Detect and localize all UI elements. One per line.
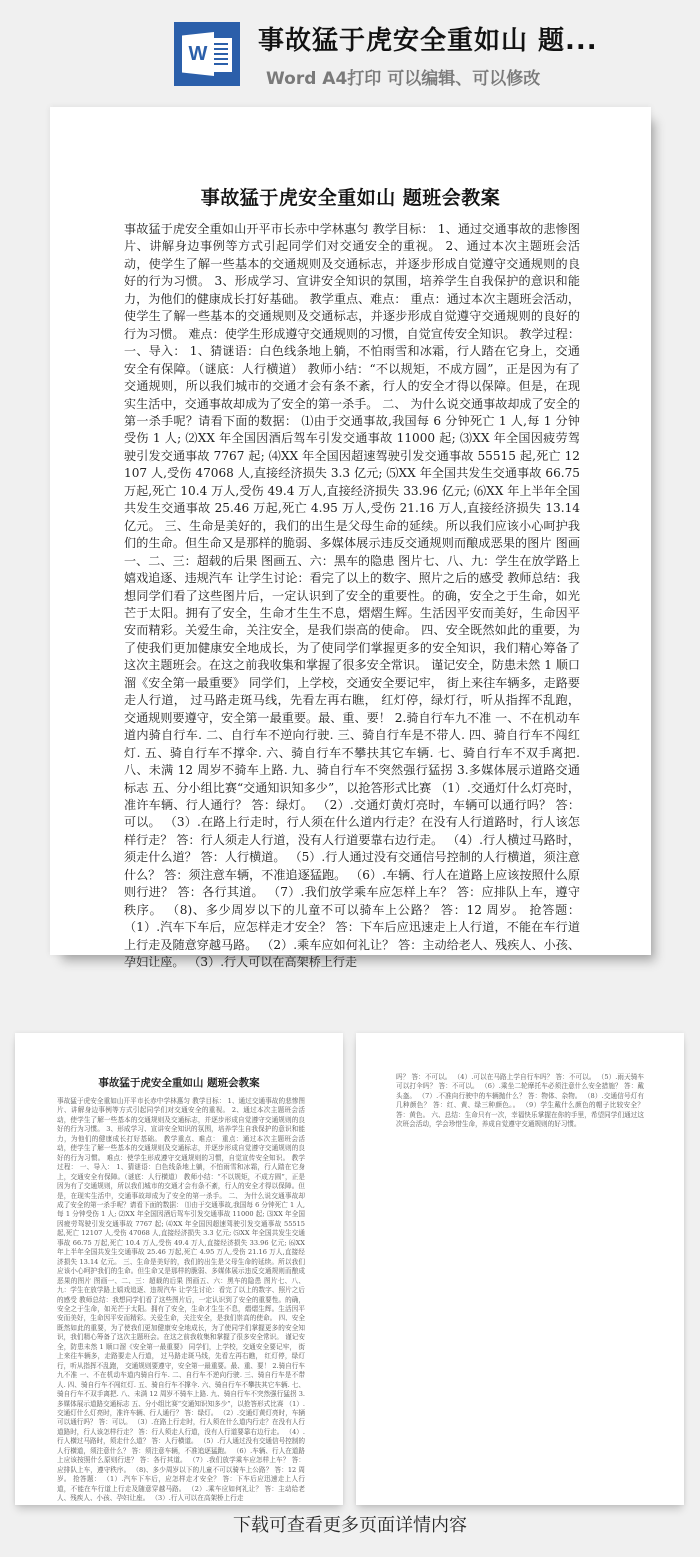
document-body: 事故猛于虎安全重如山开平市长赤中学林惠匀 教学目标： 1、通过交通事故的悲惨图片… <box>124 221 580 971</box>
document-title: 事故猛于虎安全重如山 题班会教案 <box>50 183 651 210</box>
thumbnail-title: 事故猛于虎安全重如山 题班会教案 <box>15 1075 343 1090</box>
page-subtitle: Word A4打印 可以编辑、可以修改 <box>266 64 540 89</box>
word-letter-w: W <box>185 43 211 66</box>
header: W 事故猛于虎安全重如山 题... Word A4打印 可以编辑、可以修改 <box>0 0 700 100</box>
thumbnail-body: 事故猛于虎安全重如山开平市长赤中学林惠匀 教学目标： 1、通过交通事故的悲惨图片… <box>57 1097 305 1503</box>
word-doc-icon: W <box>174 22 240 86</box>
document-page-preview[interactable]: 事故猛于虎安全重如山 题班会教案 事故猛于虎安全重如山开平市长赤中学林惠匀 教学… <box>50 107 651 955</box>
download-more-link[interactable]: 下载可查看更多页面详情内容 <box>0 1511 700 1537</box>
page-title: 事故猛于虎安全重如山 题... <box>258 20 598 57</box>
page-thumbnail-1[interactable]: 事故猛于虎安全重如山 题班会教案 事故猛于虎安全重如山开平市长赤中学林惠匀 教学… <box>15 1033 343 1505</box>
thumbnail-body: 吗？ 答：不可以。 （4）.可以在马路上学自行车吗？ 答：不可以。 （5）.雨天… <box>396 1073 644 1130</box>
page-thumbnail-2[interactable]: 吗？ 答：不可以。 （4）.可以在马路上学自行车吗？ 答：不可以。 （5）.雨天… <box>356 1033 684 1505</box>
